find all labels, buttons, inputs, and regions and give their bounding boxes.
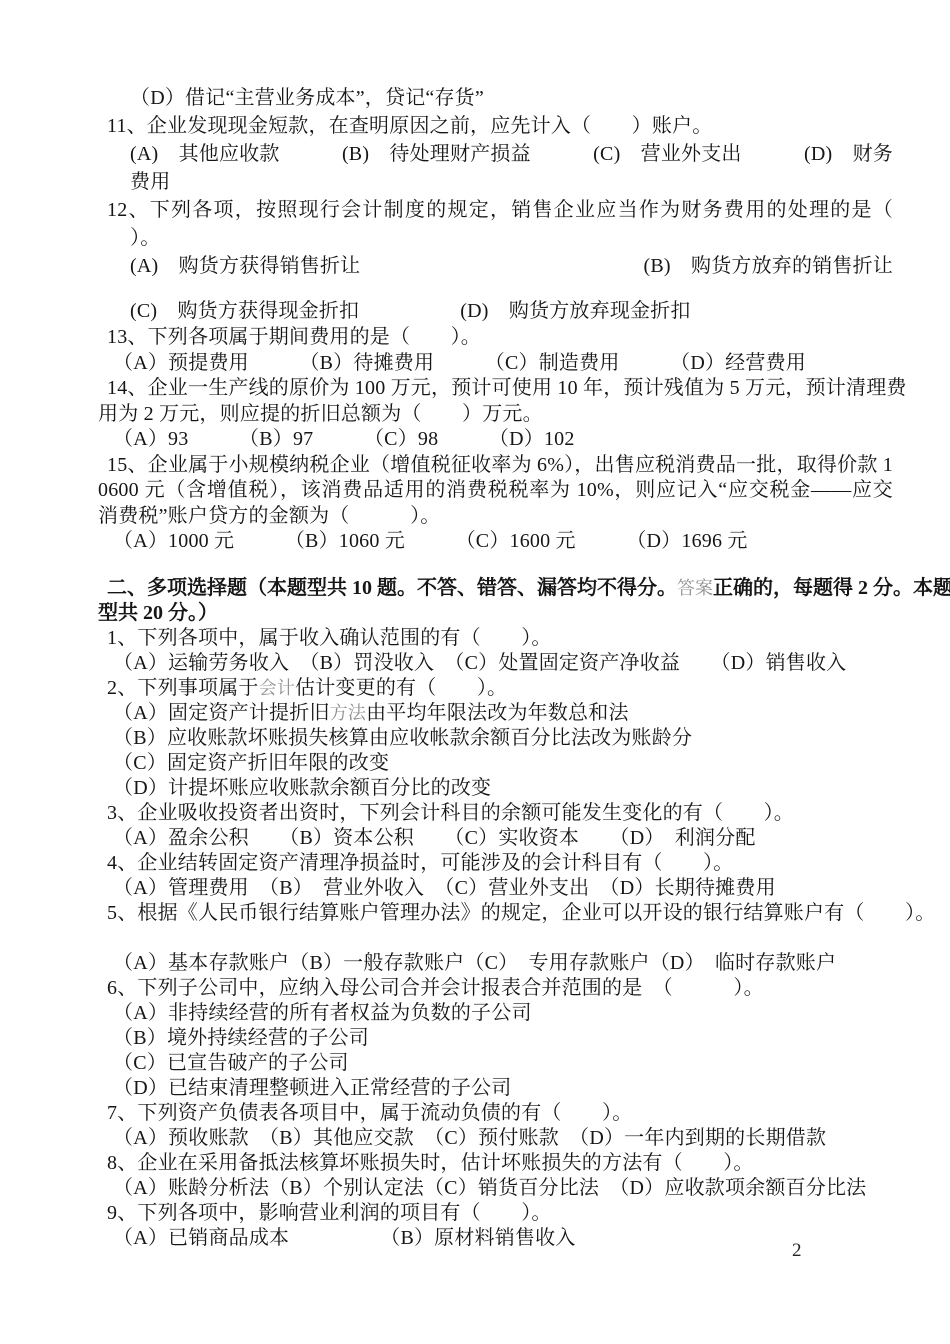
- spacer: [98, 926, 893, 951]
- text-segment: （A）已销商品成本 （B）原材料销售收入: [113, 1227, 576, 1249]
- option-item: (B) 待处理财产损益: [342, 140, 531, 168]
- question-line: 4、企业结转固定资产清理净损益时，可能涉及的会计科目有（ ）。: [98, 851, 893, 876]
- option-line: （D）已结束清理整顿进入正常经营的子公司: [98, 1076, 893, 1101]
- text-segment: 型共 20 分。）: [98, 602, 218, 624]
- spacer: [98, 280, 893, 297]
- text-segment: （C）已宣告破产的子公司: [113, 1052, 349, 1074]
- text-segment: （A）预收账款 （B）其他应交款 （C）预付账款 （D）一年内到期的长期借款: [113, 1127, 826, 1149]
- text-segment: （D）已结束清理整顿进入正常经营的子公司: [113, 1077, 511, 1099]
- option-item: (B) 购货方放弃的销售折让: [644, 252, 893, 280]
- question-continuation: 用为 2 万元，则应提的折旧总额为（ ）万元。: [98, 402, 893, 428]
- option-line: （A）已销商品成本 （B）原材料销售收入: [98, 1226, 893, 1251]
- faded-text: 答案: [677, 578, 713, 598]
- text-segment: （A）预提费用 （B）待摊费用 （C）制造费用 （D）经营费用: [113, 352, 806, 374]
- text-segment: 1、下列各项中，属于收入确认范围的有（ ）。: [107, 627, 552, 649]
- question-line: 14、企业一生产线的原价为 100 万元，预计可使用 10 年，预计残值为 5 …: [98, 376, 893, 402]
- question-line: 9、下列各项中，影响营业利润的项目有（ ）。: [98, 1201, 893, 1226]
- question-line: 6、下列子公司中，应纳入母公司合并会计报表合并范围的是 （ ）。: [98, 976, 893, 1001]
- question-continuation: 消费税”账户贷方的金额为（ ）。: [98, 504, 893, 530]
- text-segment: （C）固定资产折旧年限的改变: [113, 752, 389, 774]
- question-line: 3、企业吸收投资者出资时，下列会计科目的余额可能发生变化的有（ ）。: [98, 801, 893, 826]
- option-line: ）。: [98, 224, 893, 252]
- spacer: [98, 555, 893, 576]
- question-line: 12、下列各项，按照现行会计制度的规定，销售企业应当作为财务费用的处理的是（: [98, 196, 893, 224]
- text-segment: （A）管理费用 （B） 营业外收入 （C）营业外支出 （D）长期待摊费用: [113, 877, 776, 899]
- text-segment: 6、下列子公司中，应纳入母公司合并会计报表合并范围的是 （ ）。: [107, 977, 764, 999]
- text-segment: （A）账龄分析法（B）个别认定法（C）销货百分比法 （D）应收款项余额百分比法: [113, 1177, 866, 1199]
- option-line: （D）计提坏账应收账款余额百分比的改变: [98, 776, 893, 801]
- option-line: 费用: [98, 168, 893, 196]
- question-line: 7、下列资产负债表各项目中，属于流动负债的有（ ）。: [98, 1101, 893, 1126]
- option-item: (C) 营业外支出: [593, 140, 741, 168]
- text-segment: 7、下列资产负债表各项目中，属于流动负债的有（ ）。: [107, 1102, 632, 1124]
- text-segment: 0600 元（含增值税），该消费品适用的消费税税率为 10%，则应记入“应交税金…: [98, 479, 893, 501]
- question-line: 2、下列事项属于会计估计变更的有（ ）。: [98, 676, 893, 701]
- text-segment: 11、企业发现现金短款，在查明原因之前，应先计入（ ）账户。: [107, 115, 712, 137]
- option-line: （A）1000 元 （B）1060 元 （C）1600 元 （D）1696 元: [98, 529, 893, 555]
- option-line: （D）借记“主营业务成本”，贷记“存货”: [98, 84, 893, 112]
- option-line: （A）93 （B）97 （C）98 （D）102: [98, 427, 893, 453]
- section-heading: 二、多项选择题（本题型共 10 题。不答、错答、漏答均不得分。答案正确的，每题得…: [98, 576, 893, 601]
- option-item: (D) 财务: [804, 140, 893, 168]
- exam-page: { "page": { "number": "2", "background_c…: [0, 0, 950, 1344]
- text-segment: 14、企业一生产线的原价为 100 万元，预计可使用 10 年，预计残值为 5 …: [107, 377, 907, 399]
- option-line: （A）账龄分析法（B）个别认定法（C）销货百分比法 （D）应收款项余额百分比法: [98, 1176, 893, 1201]
- faded-text: 方法: [330, 703, 366, 723]
- text-segment: 消费税”账户贷方的金额为（ ）。: [98, 505, 440, 527]
- option-item: (A) 购货方获得销售折让: [130, 252, 360, 280]
- text-segment: 3、企业吸收投资者出资时，下列会计科目的余额可能发生变化的有（ ）。: [107, 802, 794, 824]
- option-line: （A）非持续经营的所有者权益为负数的子公司: [98, 1001, 893, 1026]
- option-line: (A) 其他应收款(B) 待处理财产损益(C) 营业外支出(D) 财务: [98, 140, 893, 168]
- faded-text: 会计: [259, 678, 295, 698]
- option-line: (A) 购货方获得销售折让(B) 购货方放弃的销售折让: [98, 252, 893, 280]
- text-segment: 5、根据《人民币银行结算账户管理办法》的规定，企业可以开设的银行结算账户有（ ）…: [107, 902, 935, 924]
- section-heading: 型共 20 分。）: [98, 601, 893, 626]
- text-segment: 4、企业结转固定资产清理净损益时，可能涉及的会计科目有（ ）。: [107, 852, 733, 874]
- option-line: （B）应收账款坏账损失核算由应收帐款余额百分比法改为账龄分: [98, 726, 893, 751]
- text-segment: 12、下列各项，按照现行会计制度的规定，销售企业应当作为财务费用的处理的是（: [107, 199, 893, 221]
- option-line: （A）基本存款账户（B）一般存款账户（C） 专用存款账户（D） 临时存款账户: [98, 951, 893, 976]
- text-segment: 费用: [130, 171, 170, 193]
- text-segment: （D）借记“主营业务成本”，贷记“存货”: [130, 87, 484, 109]
- option-line: （A）运输劳务收入 （B）罚没收入 （C）处置固定资产净收益 （D）销售收入: [98, 651, 893, 676]
- option-line: （C）固定资产折旧年限的改变: [98, 751, 893, 776]
- question-line: 11、企业发现现金短款，在查明原因之前，应先计入（ ）账户。: [98, 112, 893, 140]
- text-segment: （A）盈余公积 （B）资本公积 （C）实收资本 （D） 利润分配: [113, 827, 756, 849]
- question-line: 13、下列各项属于期间费用的是（ ）。: [98, 325, 893, 351]
- text-segment: 二、多项选择题（本题型共 10 题。不答、错答、漏答均不得分。: [107, 577, 677, 599]
- text-segment: 13、下列各项属于期间费用的是（ ）。: [107, 326, 481, 348]
- option-item: (A) 其他应收款: [130, 140, 280, 168]
- text-segment: （A）运输劳务收入 （B）罚没收入 （C）处置固定资产净收益 （D）销售收入: [113, 652, 846, 674]
- text-segment: (C) 购货方获得现金折扣 (D) 购货方放弃现金折扣: [130, 300, 691, 322]
- question-continuation: 0600 元（含增值税），该消费品适用的消费税税率为 10%，则应记入“应交税金…: [98, 478, 893, 504]
- option-line: （A）预提费用 （B）待摊费用 （C）制造费用 （D）经营费用: [98, 351, 893, 377]
- question-line: 5、根据《人民币银行结算账户管理办法》的规定，企业可以开设的银行结算账户有（ ）…: [98, 901, 893, 926]
- option-line: (C) 购货方获得现金折扣 (D) 购货方放弃现金折扣: [98, 297, 893, 325]
- page-number: 2: [792, 1240, 802, 1262]
- text-segment: 2、下列事项属于: [107, 677, 259, 699]
- option-line: （A）固定资产计提折旧方法由平均年限法改为年数总和法: [98, 701, 893, 726]
- text-segment: 由平均年限法改为年数总和法: [366, 702, 629, 724]
- text-segment: （A）固定资产计提折旧: [113, 702, 330, 724]
- text-segment: 9、下列各项中，影响营业利润的项目有（ ）。: [107, 1202, 552, 1224]
- text-segment: ）。: [130, 227, 160, 249]
- text-segment: 用为 2 万元，则应提的折旧总额为（ ）万元。: [98, 403, 543, 425]
- option-line: （A）预收账款 （B）其他应交款 （C）预付账款 （D）一年内到期的长期借款: [98, 1126, 893, 1151]
- text-segment: （D）计提坏账应收账款余额百分比的改变: [113, 777, 491, 799]
- option-line: （B）境外持续经营的子公司: [98, 1026, 893, 1051]
- text-segment: （B）应收账款坏账损失核算由应收帐款余额百分比法改为账龄分: [113, 727, 692, 749]
- text-segment: 正确的，每题得 2 分。本题: [713, 577, 950, 599]
- question-line: 15、企业属于小规模纳税企业（增值税征收率为 6%），出售应税消费品一批，取得价…: [98, 453, 893, 479]
- option-line: （A）管理费用 （B） 营业外收入 （C）营业外支出 （D）长期待摊费用: [98, 876, 893, 901]
- option-line: （C）已宣告破产的子公司: [98, 1051, 893, 1076]
- text-segment: （A）1000 元 （B）1060 元 （C）1600 元 （D）1696 元: [113, 530, 748, 552]
- text-segment: （B）境外持续经营的子公司: [113, 1027, 369, 1049]
- question-line: 8、企业在采用备抵法核算坏账损失时，估计坏账损失的方法有（ ）。: [98, 1151, 893, 1176]
- text-segment: 15、企业属于小规模纳税企业（增值税征收率为 6%），出售应税消费品一批，取得价…: [107, 454, 893, 476]
- text-segment: （A）93 （B）97 （C）98 （D）102: [113, 428, 575, 450]
- text-segment: （A）基本存款账户（B）一般存款账户（C） 专用存款账户（D） 临时存款账户: [113, 952, 836, 974]
- document-body: （D）借记“主营业务成本”，贷记“存货”11、企业发现现金短款，在查明原因之前，…: [98, 84, 893, 1251]
- text-segment: （A）非持续经营的所有者权益为负数的子公司: [113, 1002, 532, 1024]
- option-line: （A）盈余公积 （B）资本公积 （C）实收资本 （D） 利润分配: [98, 826, 893, 851]
- text-segment: 8、企业在采用备抵法核算坏账损失时，估计坏账损失的方法有（ ）。: [107, 1152, 754, 1174]
- text-segment: 估计变更的有（ ）。: [295, 677, 507, 699]
- question-line: 1、下列各项中，属于收入确认范围的有（ ）。: [98, 626, 893, 651]
